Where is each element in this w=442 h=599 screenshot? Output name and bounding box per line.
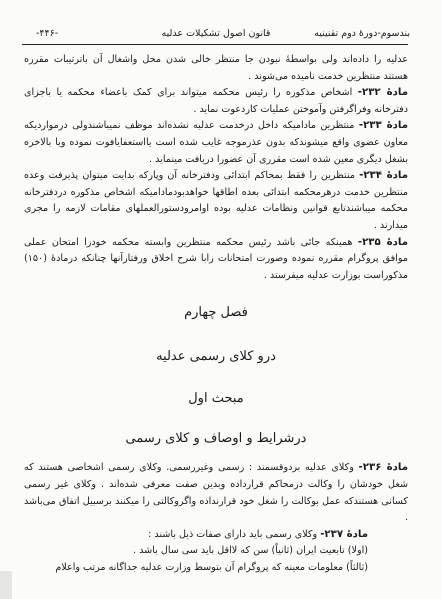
article-number: مادهٔ ۲۳۷- — [320, 529, 368, 540]
article-number: مادهٔ ۲۳۶- — [359, 462, 408, 473]
article-235: مادهٔ ۲۳۵- همینکه جائی باشد رئیس محکمه م… — [24, 235, 408, 285]
chapter-title: درو کلای رسمی عدلیه — [24, 340, 408, 374]
article-text: وکلای عدلیه بردوقسمند : رسمی وغیررسمی. و… — [24, 462, 408, 523]
document-body: عدلیه را داده‌اند ولی بواسطهٔ نبودن جا م… — [24, 52, 408, 576]
document-page: بندسوم-دورهٔ دوم تقنینیه قانون اصول تشکی… — [0, 0, 442, 599]
article-text: همینکه جائی باشد رئیس محکمه منتظرین وابس… — [24, 237, 408, 281]
header-divider — [22, 44, 408, 45]
topic-heading: مبحث اول — [24, 382, 408, 416]
page-number: -۴۴۶- — [36, 28, 58, 39]
chapter-heading: فصل چهارم — [24, 296, 408, 330]
article-text: منتظرین را فقط بمحاکم ابتدائی ودفترخانه … — [24, 170, 408, 231]
article-number: مادهٔ ۲۳۵- — [358, 237, 408, 248]
article-text: اشخاص مذکوره را رئیس محکمه میتواند برای … — [24, 87, 408, 115]
article-234: مادهٔ ۲۳۴- منتظرین را فقط بمحاکم ابتدائی… — [24, 168, 408, 234]
article-number: مادهٔ ۲۳۲- — [358, 87, 408, 98]
article-number: مادهٔ ۲۳۴- — [359, 170, 408, 181]
scan-edge-shadow — [0, 571, 12, 599]
article-number: مادهٔ ۲۳۳- — [359, 120, 408, 131]
continuation-paragraph: عدلیه را داده‌اند ولی بواسطهٔ نبودن جا م… — [24, 52, 408, 85]
running-header: بندسوم-دورهٔ دوم تقنینیه قانون اصول تشکی… — [22, 26, 410, 44]
condition-line: (ثالثاً) معلومات معینه که پروگرام آن بتو… — [24, 560, 408, 577]
article-text: منتظرین مادامیکه داخل درخدمت عدلیه نشده‌… — [24, 120, 408, 164]
article-233: مادهٔ ۲۳۳- منتظرین مادامیکه داخل درخدمت … — [24, 118, 408, 168]
header-title: قانون اصول تشکیلات عدلیه — [22, 28, 410, 39]
article-237: مادهٔ ۲۳۷- وکلای رسمی باید دارای صفات ذی… — [24, 527, 408, 544]
article-232: مادهٔ ۲۳۲- اشخاص مذکوره را رئیس محکمه می… — [24, 85, 408, 118]
article-236: مادهٔ ۲۳۶- وکلای عدلیه بردوقسمند : رسمی … — [24, 460, 408, 526]
article-text: وکلای رسمی باید دارای صفات ذیل باشند : — [148, 529, 320, 540]
topic-title: درشرایط و اوصاف و کلای رسمی — [24, 422, 408, 456]
condition-line: (اولا) تابعیت ایران (ثانیاً) سن که لااقل… — [24, 543, 408, 560]
